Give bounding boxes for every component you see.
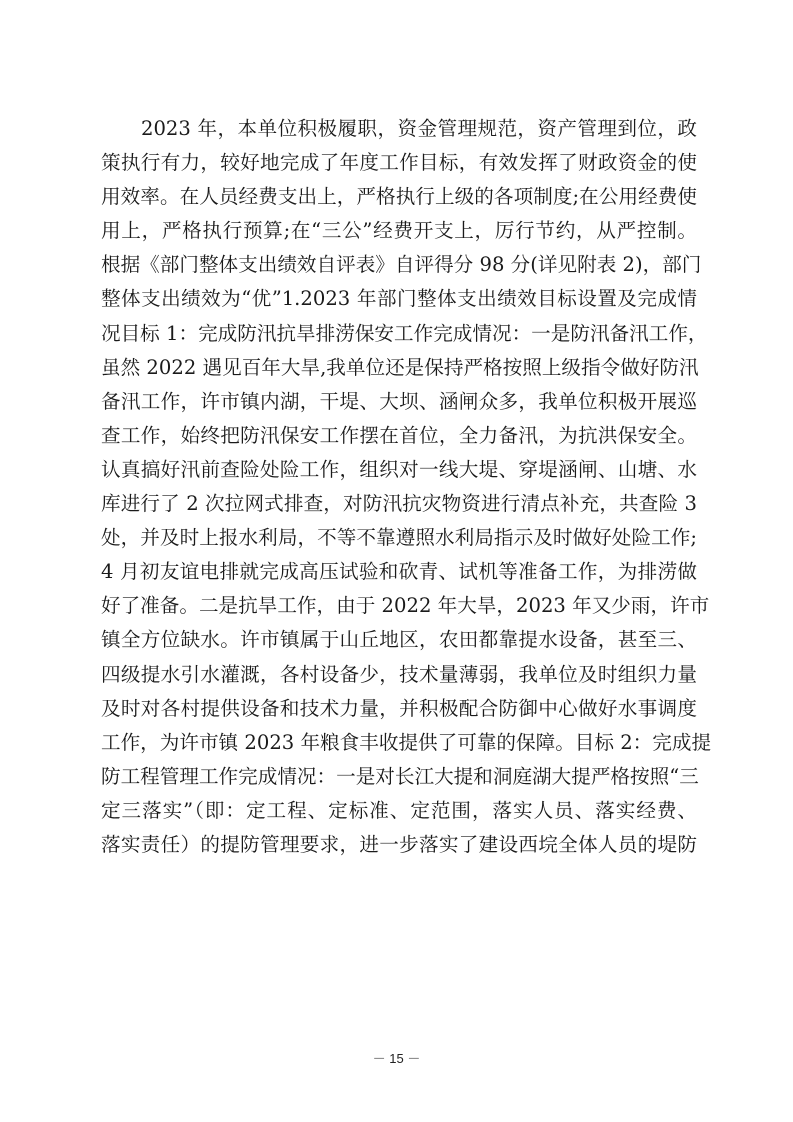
text-line: 查工作，始终把防汛保安工作摆在首位，全力备汛，为抗洪保安全。 xyxy=(101,419,697,453)
text-line: 好了准备。二是抗旱工作，由于 2022 年大旱，2023 年又少雨，许市 xyxy=(101,589,697,623)
document-page: 2023 年，本单位积极履职，资金管理规范，资产管理到位，政 策执行有力，较好地… xyxy=(0,0,793,1122)
text-line: 况目标 1：完成防汛抗旱排涝保安工作完成情况：一是防汛备汛工作， xyxy=(101,317,697,351)
text-line: 备汛工作，许市镇内湖，干堤、大坝、涵闸众多，我单位积极开展巡 xyxy=(101,385,697,419)
text-line: 2023 年，本单位积极履职，资金管理规范，资产管理到位，政 xyxy=(101,112,697,146)
text-line: 认真搞好汛前查险处险工作，组织对一线大堤、穿堤涵闸、山塘、水 xyxy=(101,453,697,487)
text-line: 落实责任）的提防管理要求，进一步落实了建设西垸全体人员的堤防 xyxy=(101,828,697,862)
text-line: 库进行了 2 次拉网式排查，对防汛抗灾物资进行清点补充，共查险 3 xyxy=(101,487,697,521)
text-line: 用上，严格执行预算;在“三公”经费开支上，厉行节约，从严控制。 xyxy=(101,214,697,248)
text-line: 定三落实”（即：定工程、定标准、定范围，落实人员、落实经费、 xyxy=(101,794,697,828)
text-line: 及时对各村提供设备和技术力量，并积极配合防御中心做好水事调度 xyxy=(101,692,697,726)
text-line: 虽然 2022 遇见百年大旱,我单位还是保持严格按照上级指令做好防汛 xyxy=(101,351,697,385)
text-line: 四级提水引水灌溉，各村设备少，技术量薄弱，我单位及时组织力量 xyxy=(101,658,697,692)
text-line: 策执行有力，较好地完成了年度工作目标，有效发挥了财政资金的使 xyxy=(101,146,697,180)
text-line: 镇全方位缺水。许市镇属于山丘地区，农田都靠提水设备，甚至三、 xyxy=(101,623,697,657)
text-line: 整体支出绩效为“优”1.2023 年部门整体支出绩效目标设置及完成情 xyxy=(101,282,697,316)
page-number: － 15 － xyxy=(0,1048,793,1067)
body-paragraph: 2023 年，本单位积极履职，资金管理规范，资产管理到位，政 策执行有力，较好地… xyxy=(101,112,697,862)
text-line: 4 月初友谊电排就完成高压试验和砍青、试机等准备工作，为排涝做 xyxy=(101,555,697,589)
text-line: 防工程管理工作完成情况：一是对长江大提和洞庭湖大提严格按照“三 xyxy=(101,760,697,794)
text-line: 工作，为许市镇 2023 年粮食丰收提供了可靠的保障。目标 2：完成提 xyxy=(101,726,697,760)
text-line: 处，并及时上报水利局，不等不靠遵照水利局指示及时做好处险工作; xyxy=(101,521,697,555)
text-line: 根据《部门整体支出绩效自评表》自评得分 98 分(详见附表 2)，部门 xyxy=(101,248,697,282)
text-line: 用效率。在人员经费支出上，严格执行上级的各项制度;在公用经费使 xyxy=(101,180,697,214)
